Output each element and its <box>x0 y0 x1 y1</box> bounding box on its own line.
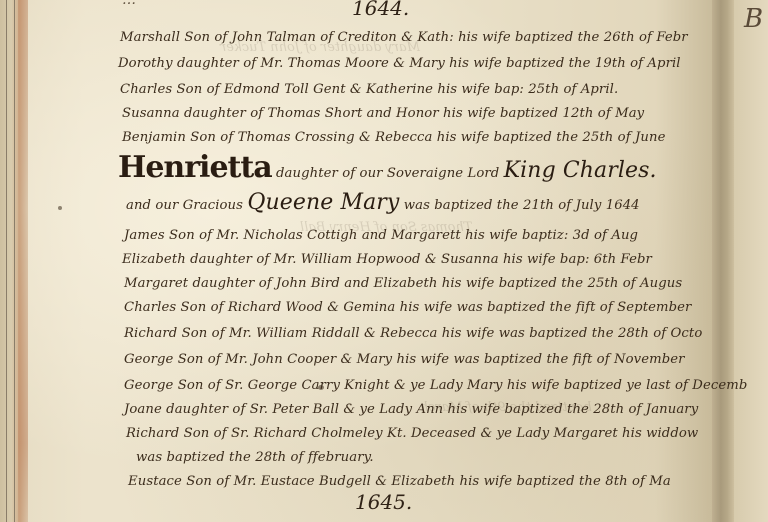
register-entry: James Son of Mr. Nicholas Cottigh and Ma… <box>124 228 638 243</box>
register-entry: Richard Son of Sr. Richard Cholmeley Kt.… <box>126 426 698 441</box>
royal-name-queene-mary: Queene Mary <box>247 190 399 215</box>
register-entry: Margaret daughter of John Bird and Eliza… <box>124 276 682 291</box>
register-entry: Richard Son of Mr. William Riddall & Reb… <box>124 326 702 341</box>
register-entry: Charles Son of Edmond Toll Gent & Kather… <box>120 82 618 97</box>
ink-speck <box>58 206 62 210</box>
book-gutter <box>712 0 734 522</box>
register-entry-royal: Henrietta daughter of our Soveraigne Lor… <box>118 150 657 185</box>
facing-page-letter: B <box>744 4 763 34</box>
entry-text: was baptized the 21th of July 1644 <box>404 198 640 213</box>
register-entry: Benjamin Son of Thomas Crossing & Rebecc… <box>122 130 665 145</box>
royal-name-henrietta: Henrietta <box>118 150 272 185</box>
register-entry: Elizabeth daughter of Mr. William Hopwoo… <box>122 252 652 267</box>
heading-year: 1644. <box>352 0 409 20</box>
register-entry: Eustace Son of Mr. Eustace Budgell & Eli… <box>128 474 671 489</box>
register-entry: Dorothy daughter of Mr. Thomas Moore & M… <box>118 56 681 71</box>
register-entry-continuation: was baptized the 28th of ffebruary. <box>136 450 374 465</box>
register-entry: Charles Son of Richard Wood & Gemina his… <box>124 300 691 315</box>
entry-text: and our Gracious <box>126 198 243 213</box>
margin-rule <box>14 0 15 522</box>
register-entry: Marshall Son of John Talman of Crediton … <box>120 30 688 45</box>
footer-year: 1645. <box>355 490 412 514</box>
register-entry: Joane daughter of Sr. Peter Ball & ye La… <box>124 402 698 417</box>
facing-page <box>734 0 768 522</box>
margin-rule <box>6 0 7 522</box>
register-entry-royal: and our Gracious Queene Mary was baptize… <box>126 190 640 215</box>
top-fragment-text: … <box>122 0 137 8</box>
foxing-stain <box>18 0 28 522</box>
entry-text: daughter of our Soveraigne Lord <box>276 166 499 181</box>
register-entry: Susanna daughter of Thomas Short and Hon… <box>122 106 644 121</box>
register-entry: George Son of Sr. George Carry Knight & … <box>124 378 747 393</box>
royal-title-king-charles: King Charles. <box>504 158 657 183</box>
register-entry: George Son of Mr. John Cooper & Mary his… <box>124 352 685 367</box>
ink-blot <box>318 385 324 390</box>
